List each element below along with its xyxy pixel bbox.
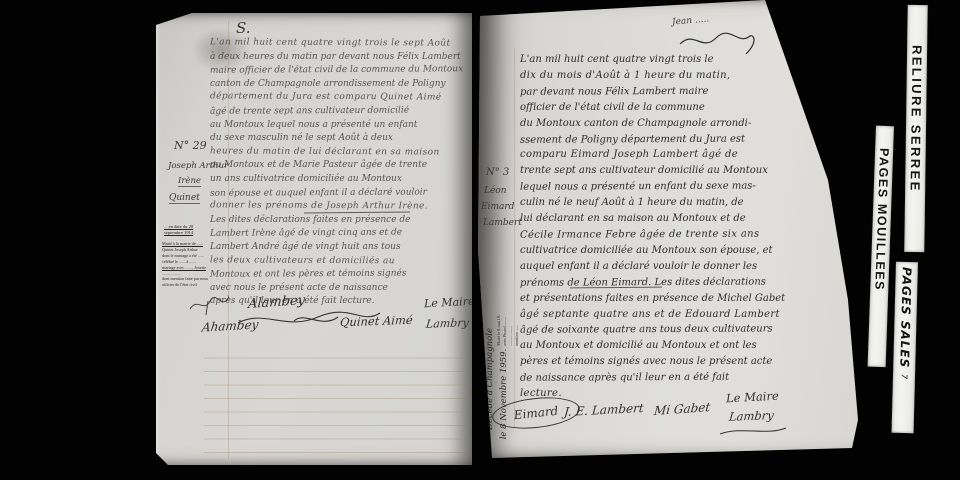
text-line: prénoms de Léon Eimard. Les dites déclar… (520, 274, 825, 292)
text-line: heures du matin de lui déclarant en sa m… (210, 145, 468, 160)
margin-surname-right: Lambert (483, 218, 522, 228)
label-strip-pages-mouillees: PAGES MOUILLEES (868, 126, 894, 367)
text-line: auquel enfant il a déclaré vouloir le do… (520, 259, 825, 275)
text-line: Lambert André âgé de vingt huit ans tous (210, 241, 468, 255)
marriage-mention-stamp: Marié à la mairie de ......Quinet Joseph… (162, 241, 246, 288)
text-line: du Montoux canton de Champagnole arrondi… (520, 116, 825, 132)
text-line: comparu Eimard Joseph Lambert âgé de (520, 147, 825, 163)
text-line: du sexe masculin né le sept Août à deux (210, 132, 468, 146)
text-line: officier de l'état civil de la commune (520, 100, 825, 116)
text-line: âgé de trente sept ans cultivateur domic… (210, 104, 468, 119)
top-margin-annotation: Jean ..... (672, 14, 710, 27)
left-register-page: S. L'an mil huit cent quatre vingt trois… (156, 13, 472, 465)
text-line: au Montoux et de Marie Pasteur âgée de t… (210, 159, 468, 173)
act-text-left: L'an mil huit cent quatre vingt trois le… (210, 37, 468, 309)
margin-child-name: Joseph Arthur (168, 161, 228, 171)
act-text-right: L'an mil huit cent quatre vingt trois le… (520, 52, 825, 402)
text-line: Lambert Irène âgé de vingt cinq ans et d… (210, 227, 468, 242)
text-line: trente sept ans cultivateur domicilié au… (520, 163, 825, 179)
signature-secondary: Ahambey (201, 317, 259, 334)
label-strip-reliure-serree: RELIURE SERREE (904, 5, 927, 252)
text-line: département du Jura est comparu Quinet A… (210, 91, 468, 106)
text-line: au Montoux lequel nous a présenté un enf… (210, 119, 468, 133)
official-title-right: Le Maire (726, 389, 779, 406)
text-line: par devant nous Félix Lambert maire (520, 83, 825, 101)
text-line: L'an mil huit cent quatre vingt trois le (520, 52, 825, 68)
text-line: avec nous le présent acte de naissance (210, 282, 468, 296)
label-pages-sales-note: 7 (899, 374, 908, 379)
right-register-page: Jean ..... L'an mil huit cent quatre vin… (478, 0, 870, 458)
label-strip-pages-sales: PAGES SALES 7 (892, 262, 918, 434)
archival-scan-viewport: { "meta": { "background_color": "#020202… (0, 0, 960, 480)
text-line: ssement de Poligny département du Jura e… (520, 131, 825, 149)
signature-third: Mi Gabet (653, 400, 711, 418)
text-line: pères et témoins signés avec nous le pré… (520, 354, 825, 370)
text-line: un ans cultivatrice domiciliée au Montou… (210, 173, 468, 187)
text-line: septembre 1914 (164, 230, 248, 236)
text-line: lequel nous a présenté un enfant du sexe… (520, 178, 825, 196)
blank-ruled-lines (204, 345, 470, 463)
text-line: à deux heures du matin par devant nous F… (210, 51, 468, 65)
text-line: âgé de soixante quatre ans tous deux cul… (520, 322, 825, 340)
signature-second: J. E. Lambert (563, 401, 644, 419)
margin-surname: Quinet (169, 193, 200, 204)
text-line: au Montoux et domicilié au Montoux et on… (520, 338, 825, 354)
label-pages-mouillees: PAGES MOUILLEES (872, 126, 892, 292)
text-line: Cécile Irmance Febre âgée de trente six … (520, 226, 825, 244)
text-line: Montoux et ont les pères et témoins sign… (210, 267, 468, 282)
text-line: maire officier de l'état civil de la com… (210, 63, 468, 78)
death-note-line2: le 8 Novembre 1959. (499, 339, 509, 449)
official-signature-right: Lambry (728, 408, 774, 424)
act-number-right: N° 3 (486, 167, 509, 178)
margin-child-name-right: Léon (484, 186, 507, 196)
text-line: mention ...... (514, 242, 520, 346)
label-pages-sales: PAGES SALES (897, 262, 914, 369)
text-line: lui déclarant en sa maison au Montoux et… (520, 211, 825, 227)
text-line: de naissance après qu'il leur en a été f… (520, 369, 825, 387)
official-signature-flourish (718, 424, 788, 438)
text-line: dix du mois d'Août à 1 heure du matin, (520, 68, 825, 84)
text-line: culin né le neuf Août à 1 heure du matin… (520, 195, 825, 211)
signature-witness: Quinet Aimé (340, 313, 414, 330)
text-line: canton de Champagnole arrondissement de … (210, 78, 468, 92)
margin-child-name-2: Irène (178, 176, 201, 187)
label-reliure-serree: RELIURE SERREE (908, 5, 926, 193)
marginal-mention: ... en date du 28septembre 1914 (164, 224, 248, 236)
act-number: N° 29 (174, 139, 207, 152)
text-line: L'an mil huit cent quatre vingt trois le… (210, 36, 468, 51)
margin-child-name-right-2: Eimard (481, 202, 514, 212)
official-signature-left: Lambry (425, 316, 469, 331)
official-title-left: Le Maire (424, 295, 475, 311)
opening-flourish: S. (236, 19, 251, 37)
stamp-signature-scribble (186, 291, 232, 317)
text-line: cultivatrice domiciliée au Montoux son é… (520, 243, 825, 259)
gutter-marriage-stamp: Marié le 8 mai 19..avec Picard .........… (496, 242, 520, 346)
margin-rule-line-right (514, 48, 515, 428)
text-line: Les dites déclarations faites en présenc… (210, 214, 468, 228)
text-line: officier de l'état civil (162, 282, 246, 288)
text-line: âgé septante quatre ans et de Edouard La… (520, 307, 825, 323)
text-line: et présentations faites en présence de M… (520, 291, 825, 307)
